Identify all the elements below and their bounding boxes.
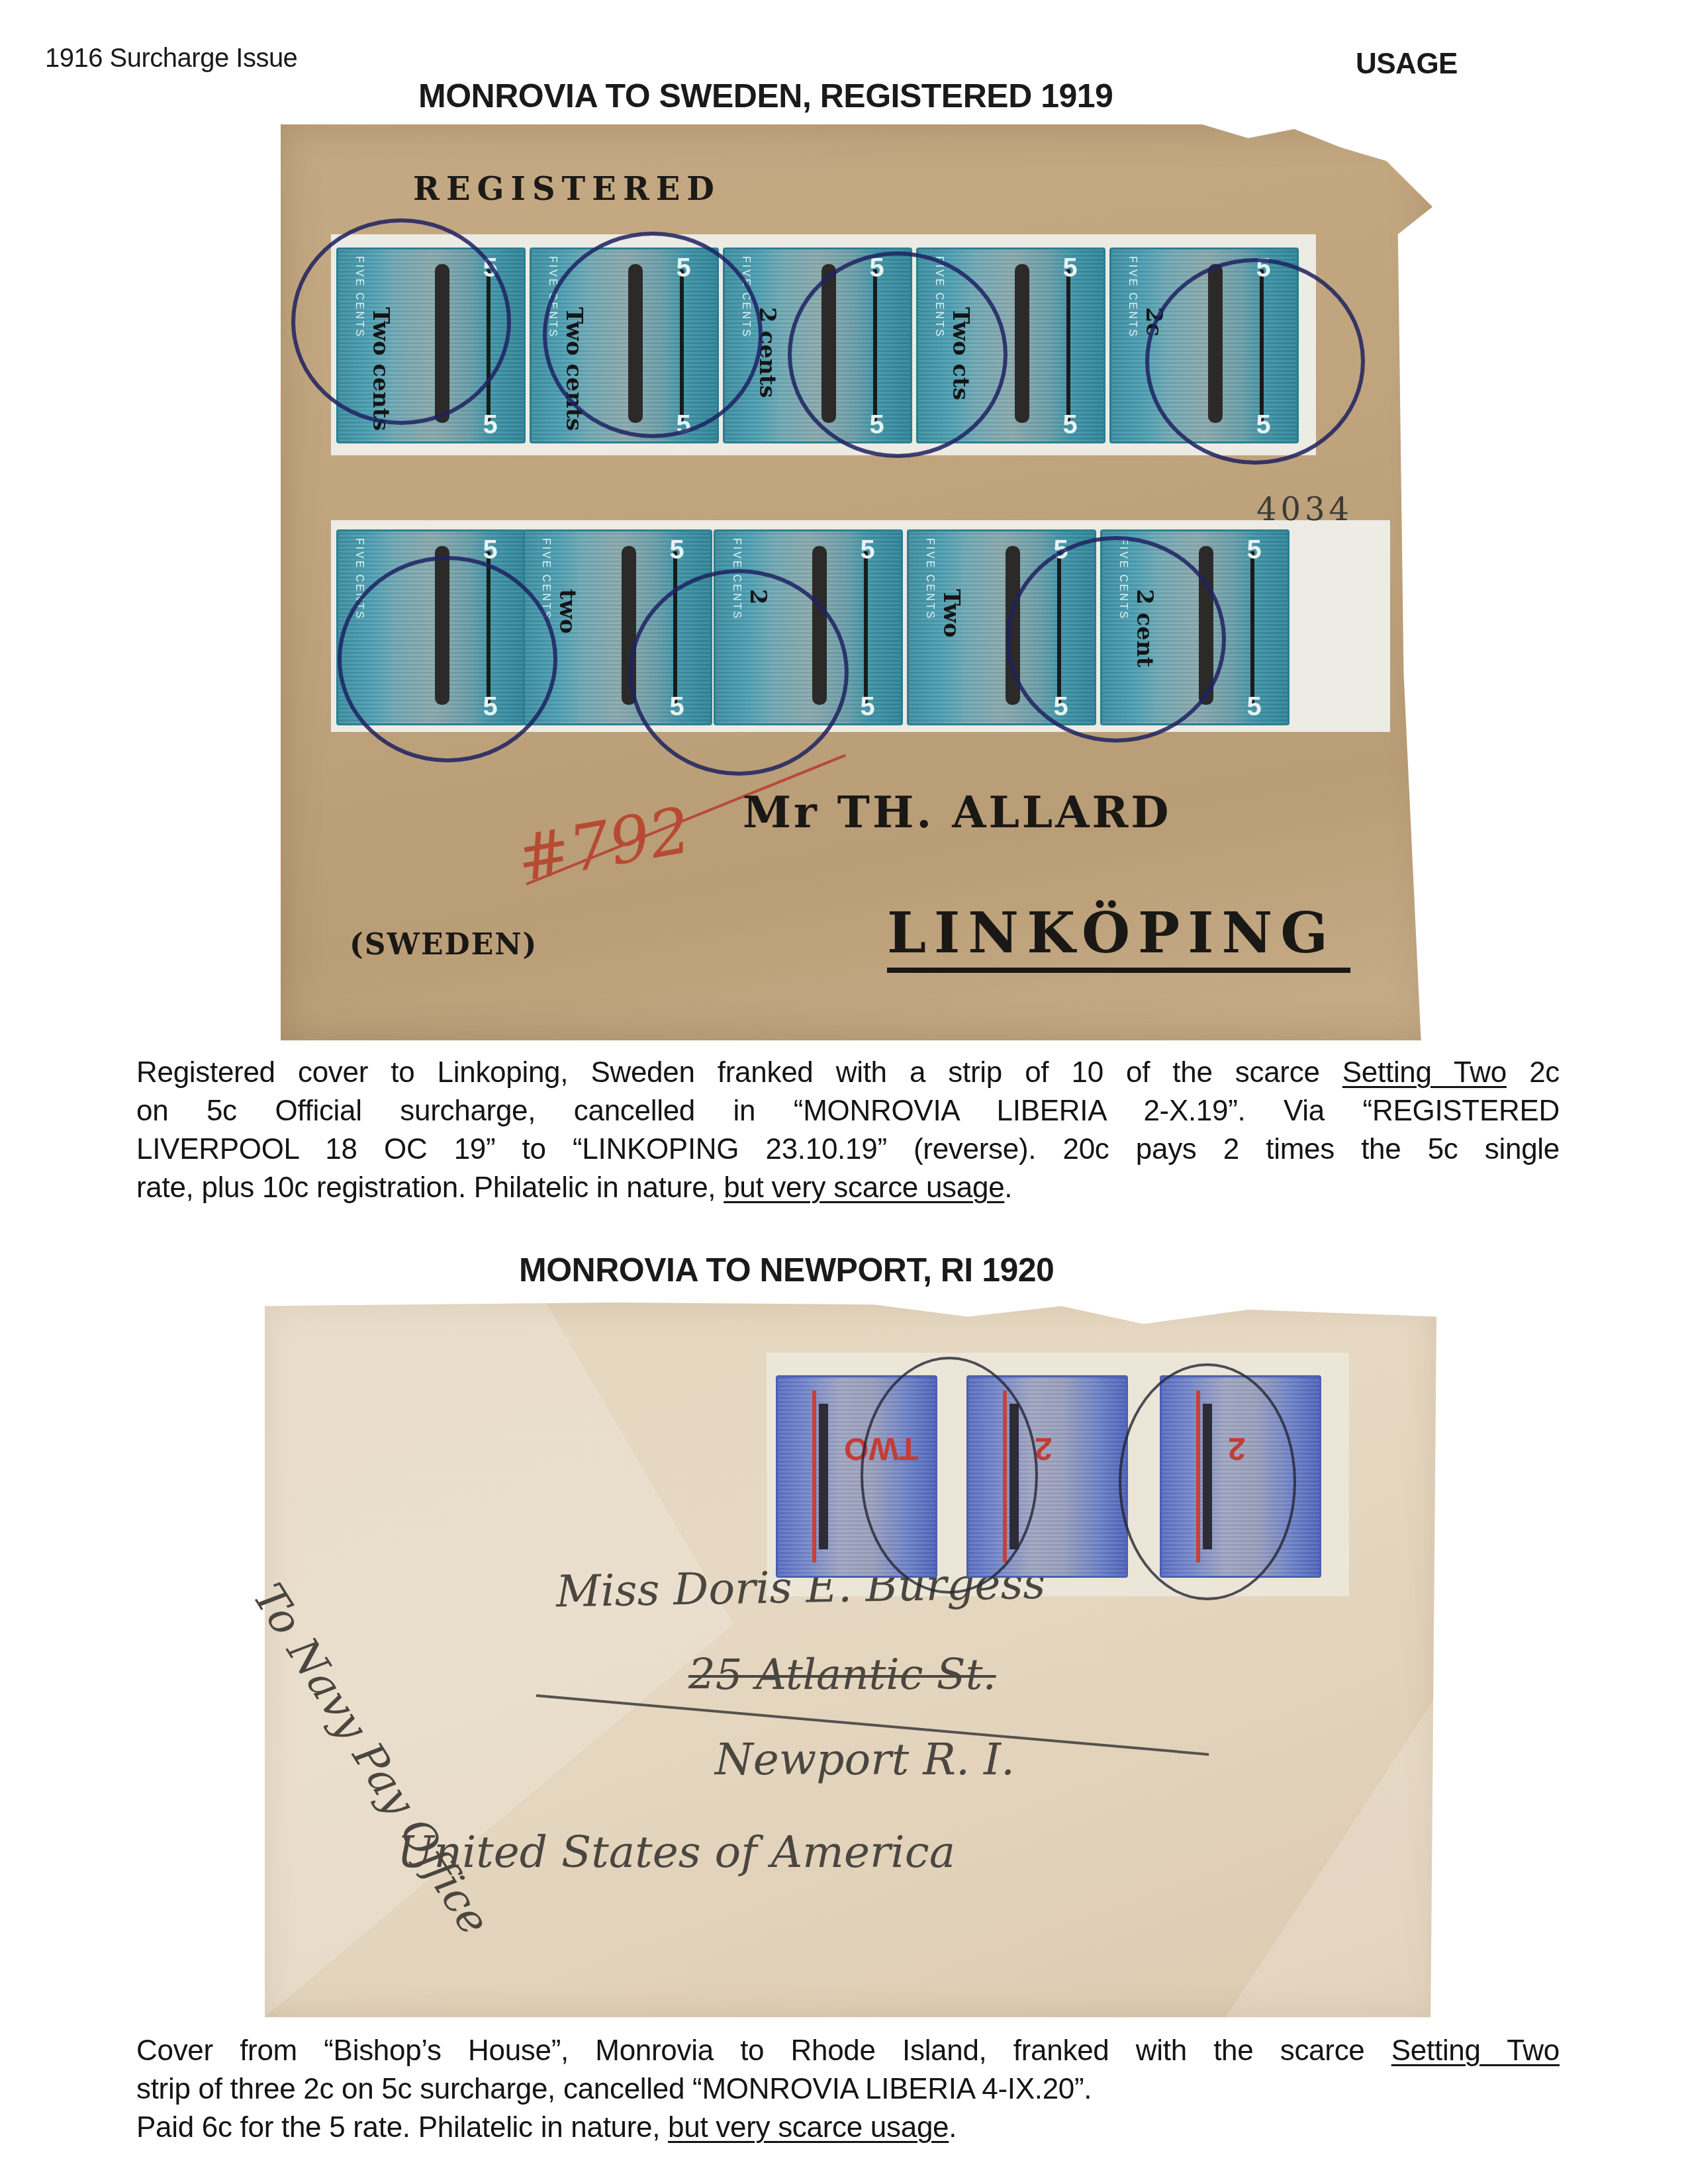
handwritten-street-crossed: 25 Atlantic St. bbox=[688, 1651, 996, 1700]
section-title-newport: MONROVIA TO NEWPORT, RI 1920 bbox=[519, 1251, 1054, 1289]
city-underline bbox=[887, 968, 1350, 973]
caption-emphasis: Setting Two bbox=[1391, 2034, 1560, 2067]
sheet-number: 4034 bbox=[1256, 491, 1353, 528]
caption-text: Paid 6c for the 5 rate. Philatelic in na… bbox=[136, 2111, 668, 2144]
stamp-value-numeral: 5 bbox=[860, 535, 874, 565]
caption-text: 2c bbox=[1507, 1056, 1560, 1089]
stamp-value-numeral: 5 bbox=[1062, 410, 1077, 440]
surcharge-bar bbox=[1250, 551, 1254, 704]
stamp-value-numeral: 5 bbox=[860, 692, 874, 722]
handwritten-city: Newport R. I. bbox=[715, 1734, 1015, 1785]
caption-emphasis: Setting Two bbox=[1342, 1056, 1507, 1089]
postmark-cancel bbox=[1145, 258, 1365, 465]
page-header-left: 1916 Surcharge Issue bbox=[45, 44, 297, 73]
caption-text: . bbox=[949, 2111, 957, 2144]
surcharge-bar bbox=[864, 551, 868, 704]
stamp-value-numeral: 5 bbox=[669, 535, 684, 565]
caption-text: strip of three 2c on 5c surcharge, cance… bbox=[136, 2070, 1560, 2109]
caption-emphasis: but very scarce usage bbox=[668, 2111, 949, 2144]
postmark-cancel bbox=[788, 251, 1008, 458]
caption-text: Registered cover to Linkoping, Sweden fr… bbox=[136, 1056, 1342, 1089]
stamp-side-text: FIVE CENTS bbox=[1126, 256, 1138, 338]
postmark-cancel bbox=[291, 218, 511, 425]
postmark-cancel bbox=[629, 569, 849, 776]
destination-city: LINKÖPING bbox=[887, 900, 1336, 966]
stamp-value-numeral: 5 bbox=[1246, 535, 1261, 565]
surcharge-bar bbox=[812, 1390, 816, 1563]
surcharge-bar bbox=[1066, 269, 1070, 422]
caption-text: on 5c Official surcharge, cancelled in “… bbox=[136, 1092, 1560, 1130]
stamp-side-text: FIVE CENTS bbox=[923, 538, 935, 620]
caption-text: . bbox=[1004, 1171, 1012, 1204]
caption-text: Cover from “Bishop’s House”, Monrovia to… bbox=[136, 2034, 1391, 2067]
postmark-cancel bbox=[543, 232, 763, 438]
page-header-right: USAGE bbox=[1356, 48, 1458, 81]
caption-sweden-cover: Registered cover to Linkoping, Sweden fr… bbox=[136, 1054, 1560, 1207]
stamp-surcharge: Two bbox=[938, 589, 964, 638]
stamp-surcharge: two bbox=[554, 589, 581, 634]
stamp-value-numeral: 5 bbox=[483, 410, 497, 440]
registered-label: REGISTERED bbox=[413, 171, 721, 208]
destination-country: (SWEDEN) bbox=[350, 928, 538, 962]
postmark-cancel bbox=[1119, 1363, 1296, 1600]
postmark-cancel bbox=[1006, 536, 1226, 743]
caption-emphasis: but very scarce usage bbox=[724, 1171, 1004, 1204]
postmark-cancel bbox=[861, 1357, 1038, 1594]
caption-text: rate, plus 10c registration. Philatelic … bbox=[136, 1171, 724, 1204]
ship-icon bbox=[819, 1404, 828, 1549]
caption-newport-cover: Cover from “Bishop’s House”, Monrovia to… bbox=[136, 2032, 1560, 2147]
handwritten-country: United States of America bbox=[397, 1827, 955, 1878]
ship-icon bbox=[1015, 264, 1029, 423]
section-title-sweden: MONROVIA TO SWEDEN, REGISTERED 1919 bbox=[418, 77, 1113, 115]
recipient-name: Mr TH. ALLARD bbox=[743, 786, 1172, 838]
stamp-value-numeral: 5 bbox=[1062, 253, 1077, 283]
stamp-value-numeral: 5 bbox=[1246, 692, 1261, 722]
caption-text: LIVERPOOL 18 OC 19” to “LINKOPING 23.10.… bbox=[136, 1130, 1560, 1169]
stamp-value-numeral: 5 bbox=[483, 535, 497, 565]
postmark-cancel bbox=[338, 556, 557, 762]
